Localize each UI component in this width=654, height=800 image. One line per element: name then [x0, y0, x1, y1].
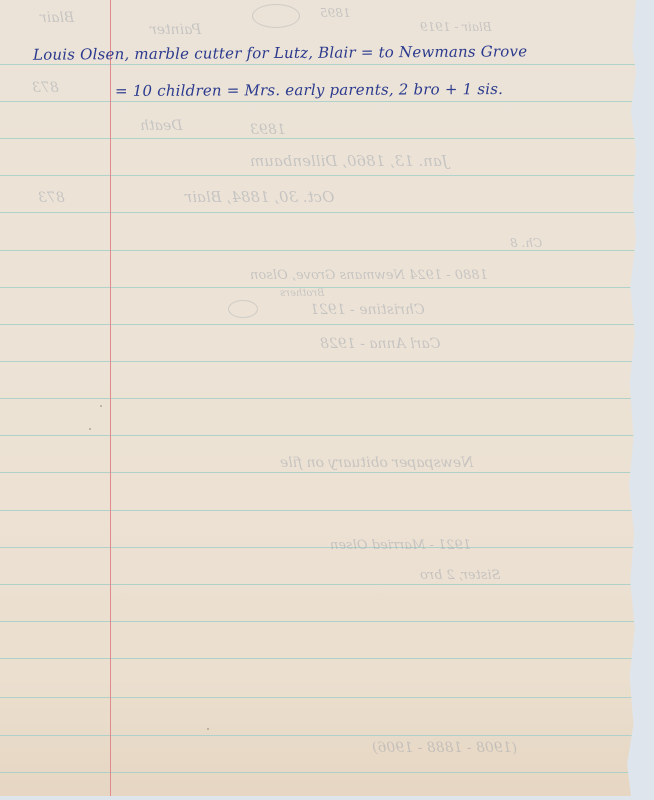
show-through-text: 1893 [250, 122, 286, 138]
show-through-text: (1908 - 1888 - 1906) [372, 740, 517, 756]
rule-line [0, 64, 636, 65]
show-through-text: 1895 [320, 6, 351, 20]
notebook-page: Blair Painter 1895 Blair - 1919 873 Deat… [0, 0, 636, 796]
rule-line [0, 324, 636, 325]
rule-line [0, 398, 636, 399]
show-through-text: Oct. 30, 1884, Blair [185, 188, 334, 206]
rule-line [0, 138, 636, 139]
rule-line [0, 621, 636, 622]
rule-line [0, 772, 636, 773]
rule-line [0, 658, 636, 659]
show-through-text: 873 [32, 80, 59, 96]
paper-speck [89, 428, 91, 430]
show-through-text: 873 [38, 190, 65, 206]
show-through-text: Blair - 1919 [420, 20, 492, 34]
show-through-text: Ch. 8 [510, 236, 542, 250]
rule-line [0, 101, 636, 102]
rule-line [0, 472, 636, 473]
show-through-circle [252, 4, 300, 28]
margin-line [110, 0, 111, 796]
rule-line [0, 175, 636, 176]
show-through-text: Jan. 13, 1860, Dillenbaum [250, 152, 448, 170]
show-through-text: Christine - 1921 [310, 302, 425, 318]
show-through-text: Sister, 2 bro [420, 568, 500, 583]
show-through-text: Death [140, 118, 183, 134]
handwritten-line-1: Louis Olsen, marble cutter for Lutz, Bla… [33, 42, 527, 63]
show-through-text: Painter [150, 22, 201, 38]
show-through-text: Blair [40, 10, 74, 26]
rule-line [0, 547, 636, 548]
show-through-circle [228, 300, 258, 318]
paper-speck [100, 405, 102, 407]
show-through-text: 1880 - 1924 Newmans Grove, Olson [250, 268, 488, 283]
rule-line [0, 361, 636, 362]
rule-line [0, 584, 636, 585]
show-through-text: Brothers [280, 288, 324, 299]
rule-line [0, 697, 636, 698]
show-through-text: Newspaper obituary on file [280, 455, 473, 471]
rule-line [0, 435, 636, 436]
rule-line [0, 250, 636, 251]
rule-line [0, 735, 636, 736]
handwritten-line-2: = 10 children = Mrs. early parents, 2 br… [115, 80, 503, 100]
rule-line [0, 212, 636, 213]
show-through-text: 1921 - Married Olsen [330, 538, 471, 553]
scanned-document: Blair Painter 1895 Blair - 1919 873 Deat… [0, 0, 654, 800]
rule-line [0, 510, 636, 511]
paper-speck [207, 728, 209, 730]
show-through-text: Carl Anna - 1928 [320, 336, 440, 352]
